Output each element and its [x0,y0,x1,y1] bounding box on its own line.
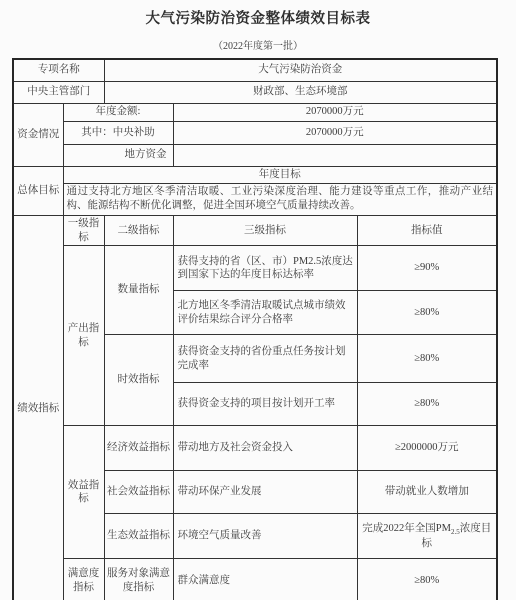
table-row: 产出指标 数量指标 获得支持的省（区、市）PM2.5浓度达到国家下达的年度目标达… [13,246,497,291]
economic-group-label: 经济效益指标 [104,426,173,471]
indicator-row-6-text: 带动环保产业发展 [173,471,357,514]
funding-section-label: 资金情况 [13,103,63,166]
benefit-group-label: 效益指标 [63,426,104,559]
indicator-row-1-value: ≥90% [357,246,497,291]
overall-goal-section-label: 总体目标 [13,166,63,215]
header-indicator-value: 指标值 [357,215,497,245]
indicator-row-1-text: 获得支持的省（区、市）PM2.5浓度达到国家下达的年度目标达标率 [173,246,357,291]
table-row: 通过支持北方地区冬季清洁取暖、工业污染深度治理、能力建设等重点工作，推动产业结构… [13,183,497,215]
table-row: 专项名称 大气污染防治资金 [13,59,497,81]
indicator-row-8-text: 群众满意度 [173,559,357,600]
indicator-row-7-text: 环境空气质量改善 [173,514,357,559]
header-level1-indicator: 一级指标 [63,215,104,245]
ecological-group-label: 生态效益指标 [104,514,173,559]
annual-amount-label: 年度金额: [63,103,173,121]
project-name-value: 大气污染防治资金 [104,59,497,81]
table-row: 地方资金 [13,144,497,166]
indicator-row-7-value: 完成2022年全国PM2.5浓度目标 [357,514,497,559]
timeliness-group-label: 时效指标 [104,335,173,426]
quantity-group-label: 数量指标 [104,246,173,335]
pm-subscript: 2.5 [451,528,460,536]
social-group-label: 社会效益指标 [104,471,173,514]
table-row: 效益指标 经济效益指标 带动地方及社会资金投入 ≥2000000万元 [13,426,497,471]
project-name-label: 专项名称 [13,59,104,81]
table-row: 资金情况 年度金额: 2070000万元 [13,103,497,121]
table-row: 中央主管部门 财政部、生态环境部 [13,81,497,103]
local-funds-label: 地方资金 [63,144,173,166]
header-level2-indicator: 二级指标 [104,215,173,245]
satisfaction-group-label: 满意度指标 [63,559,104,600]
central-dept-label: 中央主管部门 [13,81,104,103]
central-subsidy-value: 2070000万元 [173,121,497,144]
overall-goal-text: 通过支持北方地区冬季清洁取暖、工业污染深度治理、能力建设等重点工作，推动产业结构… [63,183,497,215]
header-level3-indicator: 三级指标 [173,215,357,245]
indicator-row-5-value: ≥2000000万元 [357,426,497,471]
document-title: 大气污染防治资金整体绩效目标表 [0,7,516,28]
performance-target-table: 专项名称 大气污染防治资金 中央主管部门 财政部、生态环境部 资金情况 年度金额… [12,58,498,600]
indicator-row-8-value: ≥80% [357,559,497,600]
table-row: 满意度指标 服务对象满意度指标 群众满意度 ≥80% [13,559,497,600]
local-funds-value [173,144,497,166]
service-group-label: 服务对象满意度指标 [104,559,173,600]
indicator-row-3-text: 获得资金支持的省份重点任务按计划完成率 [173,335,357,383]
document-page: 大气污染防治资金整体绩效目标表 （2022年度第一批） 专项名称 大气污染防治资… [0,0,516,600]
indicator-row-4-value: ≥80% [357,383,497,426]
pm-value-prefix: 完成2022年全国PM [362,523,451,534]
indicator-row-4-text: 获得资金支持的项目按计划开工率 [173,383,357,426]
annual-amount-value: 2070000万元 [173,103,497,121]
output-group-label: 产出指标 [63,246,104,426]
table-row: 绩效指标 一级指标 二级指标 三级指标 指标值 [13,215,497,245]
indicator-row-2-text: 北方地区冬季清洁取暖试点城市绩效评价结果综合评分合格率 [173,291,357,335]
indicator-row-5-text: 带动地方及社会资金投入 [173,426,357,471]
indicator-row-6-value: 带动就业人数增加 [357,471,497,514]
document-subtitle: （2022年度第一批） [0,37,516,52]
annual-goal-header: 年度目标 [63,166,497,183]
table-row: 其中：中央补助 2070000万元 [13,121,497,144]
central-subsidy-label: 其中：中央补助 [63,121,173,144]
table-row: 总体目标 年度目标 [13,166,497,183]
central-dept-value: 财政部、生态环境部 [104,81,497,103]
performance-section-label: 绩效指标 [13,215,63,600]
indicator-row-2-value: ≥80% [357,291,497,335]
indicator-row-3-value: ≥80% [357,335,497,383]
